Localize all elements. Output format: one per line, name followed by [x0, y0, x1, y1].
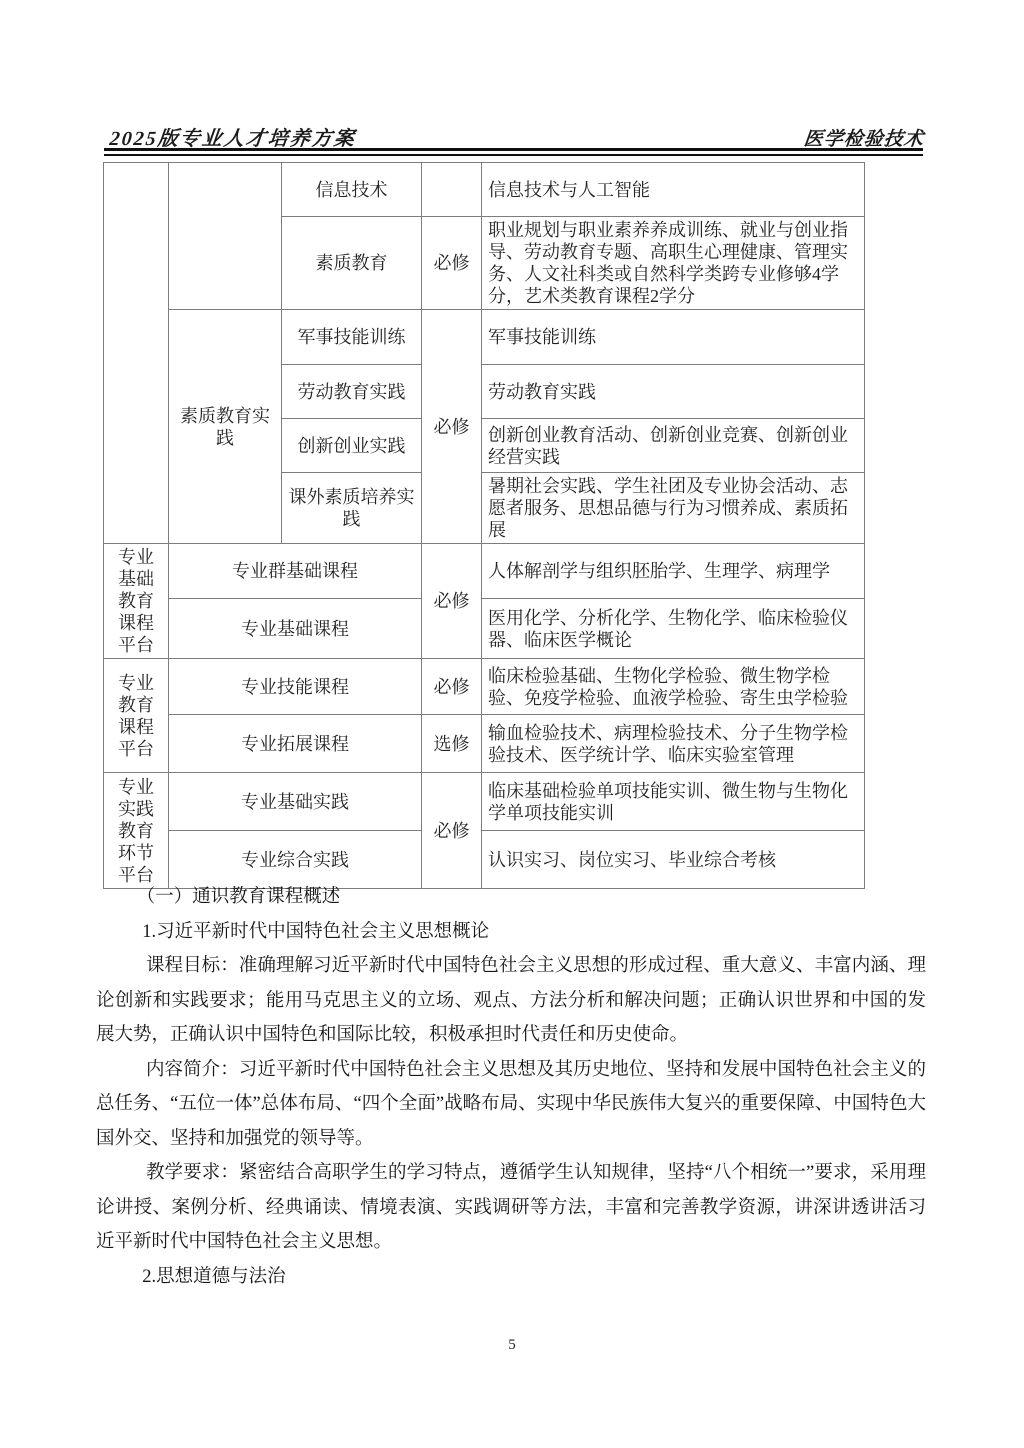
cell-courses-skill: 临床检验基础、生物化学检验、微生物学检验、免疫学检验、血液学检验、寄生虫学检验	[482, 659, 865, 715]
section-heading: （一）通识教育课程概述	[96, 880, 926, 915]
cell-courses-professional-basic: 医用化学、分析化学、生物化学、临床检验仪器、临床医学概论	[482, 599, 865, 659]
table-row: 素质教育实践 军事技能训练 必修 军事技能训练	[104, 310, 865, 365]
cell-courses-info-tech: 信息技术与人工智能	[482, 163, 865, 217]
table-row: 专业教育课程平台 专业技能课程 必修 临床检验基础、生物化学检验、微生物学检验、…	[104, 659, 865, 715]
table-row: 专业基础课程 医用化学、分析化学、生物化学、临床检验仪器、临床医学概论	[104, 599, 865, 659]
cell-category-continued	[169, 163, 282, 310]
cell-courses-military: 军事技能训练	[482, 310, 865, 365]
cell-req-basic-edu: 必修	[422, 544, 482, 659]
cell-subcat-info-tech: 信息技术	[282, 163, 422, 217]
table-row: 专业实践教育环节平台 专业基础实践 必修 临床基础检验单项技能实训、微生物与生物…	[104, 773, 865, 831]
body-text: （一）通识教育课程概述 1.习近平新时代中国特色社会主义思想概论 课程目标：准确…	[96, 880, 926, 1294]
cell-courses-quality-edu: 职业规划与职业素养养成训练、就业与创业指导、劳动教育专题、高职生心理健康、管理实…	[482, 217, 865, 310]
table-row: 专业基础教育课程平台 专业群基础课程 必修 人体解剖学与组织胚胎学、生理学、病理…	[104, 544, 865, 599]
cell-cat-professional-basic-courses: 专业基础课程	[169, 599, 422, 659]
course-1-title: 1.习近平新时代中国特色社会主义思想概论	[96, 915, 926, 950]
course-1-teaching-paragraph: 教学要求：紧密结合高职学生的学习特点，遵循学生认知规律，坚持“八个相统一”要求，…	[96, 1156, 926, 1260]
cell-courses-extension: 输血检验技术、病理检验技术、分子生物学检验技术、医学统计学、临床实验室管理	[482, 715, 865, 773]
course-1-intro-paragraph: 内容简介：习近平新时代中国特色社会主义思想及其历史地位、坚持和发展中国特色社会主…	[96, 1053, 926, 1157]
curriculum-table: 信息技术 信息技术与人工智能 素质教育 必修 职业规划与职业素养养成训练、就业与…	[103, 162, 865, 889]
cell-platform-continued	[104, 163, 169, 544]
document-page: 2025版专业人才培养方案 医学检验技术 信息技术 信息技术与人工智能 素质教育…	[0, 0, 1024, 1448]
course-2-title: 2.思想道德与法治	[96, 1260, 926, 1295]
cell-subcat-military: 军事技能训练	[282, 310, 422, 365]
cell-platform-basic-edu: 专业基础教育课程平台	[104, 544, 169, 659]
header-right-title: 医学检验技术	[803, 124, 926, 151]
header-left-title: 2025版专业人才培养方案	[108, 122, 357, 151]
cell-subcat-labor: 劳动教育实践	[282, 365, 422, 419]
cell-req-quality-edu: 必修	[422, 217, 482, 310]
cell-subcat-extracurricular: 课外素质培养实践	[282, 473, 422, 544]
header-double-rule	[104, 148, 923, 156]
cell-req-info-tech	[422, 163, 482, 217]
cell-req-quality-practice: 必修	[422, 310, 482, 544]
cell-cat-skill-courses: 专业技能课程	[169, 659, 422, 715]
page-number: 5	[0, 1337, 1024, 1354]
cell-cat-extension-courses: 专业拓展课程	[169, 715, 422, 773]
cell-courses-labor: 劳动教育实践	[482, 365, 865, 419]
cell-cat-group-basic-courses: 专业群基础课程	[169, 544, 422, 599]
cell-subcat-innovation: 创新创业实践	[282, 419, 422, 473]
table-row: 专业拓展课程 选修 输血检验技术、病理检验技术、分子生物学检验技术、医学统计学、…	[104, 715, 865, 773]
cell-req-skill-courses: 必修	[422, 659, 482, 715]
course-1-goal-paragraph: 课程目标：准确理解习近平新时代中国特色社会主义思想的形成过程、重大意义、丰富内涵…	[96, 949, 926, 1053]
cell-cat-basic-practice: 专业基础实践	[169, 773, 422, 831]
cell-req-practice-edu: 必修	[422, 773, 482, 889]
cell-courses-extracurricular: 暑期社会实践、学生社团及专业协会活动、志愿者服务、思想品德与行为习惯养成、素质拓…	[482, 473, 865, 544]
cell-courses-group-basic: 人体解剖学与组织胚胎学、生理学、病理学	[482, 544, 865, 599]
cell-courses-innovation: 创新创业教育活动、创新创业竞赛、创新创业经营实践	[482, 419, 865, 473]
cell-courses-basic-practice: 临床基础检验单项技能实训、微生物与生物化学单项技能实训	[482, 773, 865, 831]
cell-platform-practice-edu: 专业实践教育环节平台	[104, 773, 169, 889]
cell-platform-professional-edu: 专业教育课程平台	[104, 659, 169, 773]
cell-category-quality-practice: 素质教育实践	[169, 310, 282, 544]
cell-subcat-quality-edu: 素质教育	[282, 217, 422, 310]
cell-req-extension-courses: 选修	[422, 715, 482, 773]
table-row: 信息技术 信息技术与人工智能	[104, 163, 865, 217]
